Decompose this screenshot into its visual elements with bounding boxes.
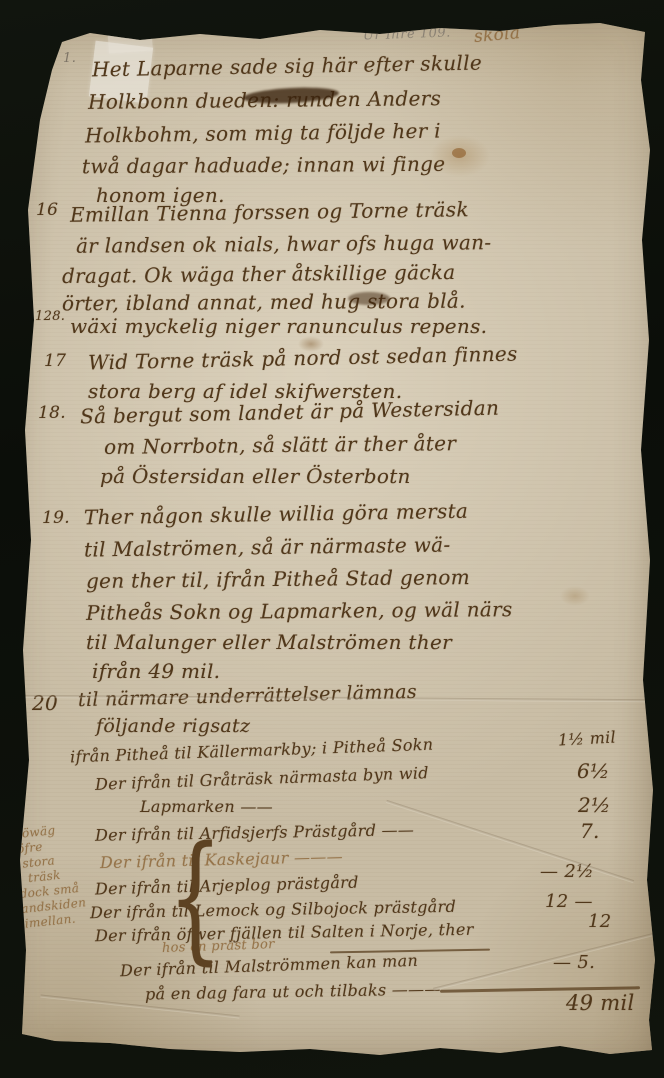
text-line: är landsen ok nials, hwar ofs huga wan- (76, 231, 492, 257)
itinerary-row: Der ifrån til Arjeplog prästgård (95, 874, 359, 898)
row-distance-value: — 2½ (540, 862, 594, 882)
itinerary-row: Der ifrån til Gråträsk närmasta byn wid (95, 764, 429, 793)
row-distance-value: — 5. (553, 953, 595, 973)
margin-item-number: 18. (38, 404, 66, 423)
text-line: Emillan Tienna forssen og Torne träsk (70, 198, 469, 226)
text-line: ifrån 49 mil. (92, 660, 220, 682)
itinerary-total: 49 mil (566, 992, 635, 1015)
itinerary-row: ifrån Pitheå til Källermarkby; i Pitheå … (70, 736, 434, 766)
group-brace: { (168, 822, 223, 974)
itinerary-row: Der ifrån til Arfidsjerfs Prästgård —— (95, 821, 414, 844)
tape-patch (107, 22, 153, 53)
text-line: til Malunger eller Malströmen ther (86, 631, 452, 653)
stain (452, 148, 466, 158)
margin-item-number: 20 (32, 692, 58, 714)
row-distance-value: 6½ (577, 760, 610, 782)
text-line: Wid Torne träsk på nord ost sedan finnes (88, 343, 518, 374)
row-distance-value: 12 (588, 912, 612, 932)
text-line: gen ther til, ifrån Pitheå Stad genom (86, 566, 470, 592)
text-line: til närmare underrättelser lämnas (78, 682, 417, 711)
text-line: på Östersidan eller Österbotn (100, 465, 411, 487)
text-line: Holkbohm, som mig ta följde her i (85, 120, 441, 147)
archival-note: Ur Ihre 109. (363, 26, 451, 43)
row-distance-value: 2½ (578, 794, 611, 816)
text-line: örter, ibland annat, med hug stora blå. (62, 290, 466, 315)
margin-item-number: 17 (44, 352, 66, 371)
manuscript-page: Ur Ihre 109. skola 1. Het Laparne sade s… (0, 0, 664, 1078)
row-distance-value: 1½ mil (558, 728, 617, 749)
top-right-word: skola (473, 24, 521, 47)
margin-side-note: Sjöwäg öfre stora träsk dock små landski… (9, 821, 89, 933)
manuscript-scan: { "document": { "archival_note": "Ur Ihr… (0, 0, 664, 1078)
row-distance-value: 12 — (545, 892, 593, 912)
itinerary-row: Der ifrån öfwer fjällen til Salten i Nor… (95, 921, 474, 945)
row-distance-value: 7. (580, 820, 600, 842)
text-line: om Norrbotn, så slätt är ther åter (104, 432, 456, 458)
crease (433, 932, 657, 991)
text-line: Ther någon skulle willia göra mersta (84, 500, 468, 529)
margin-item-number: 1. (63, 52, 76, 66)
itinerary-row: Der ifrån til Lemock og Silbojock prästg… (90, 898, 456, 922)
text-line: twå dagar haduade; innan wi finge (82, 153, 446, 178)
margin-page-ref: p 128. (22, 310, 65, 324)
text-line: til Malströmen, så är närmaste wä- (84, 533, 451, 560)
text-line: wäxi myckelig niger ranunculus repens. (70, 315, 487, 337)
margin-item-number: 16 (36, 201, 58, 220)
stain (560, 586, 590, 606)
itinerary-row: Lapmarken —— (140, 798, 273, 816)
text-line: Pitheås Sokn og Lapmarken, og wäl närs (86, 598, 513, 624)
text-line: dragat. Ok wäga ther åtskillige gäcka (62, 261, 456, 287)
text-line: Het Laparne sade sig här efter skulle (92, 52, 482, 81)
text-line: följande rigsatz (96, 716, 250, 737)
margin-item-number: 19. (42, 509, 70, 528)
itinerary-row: på en dag fara ut och tilbaks ——— (145, 980, 441, 1003)
